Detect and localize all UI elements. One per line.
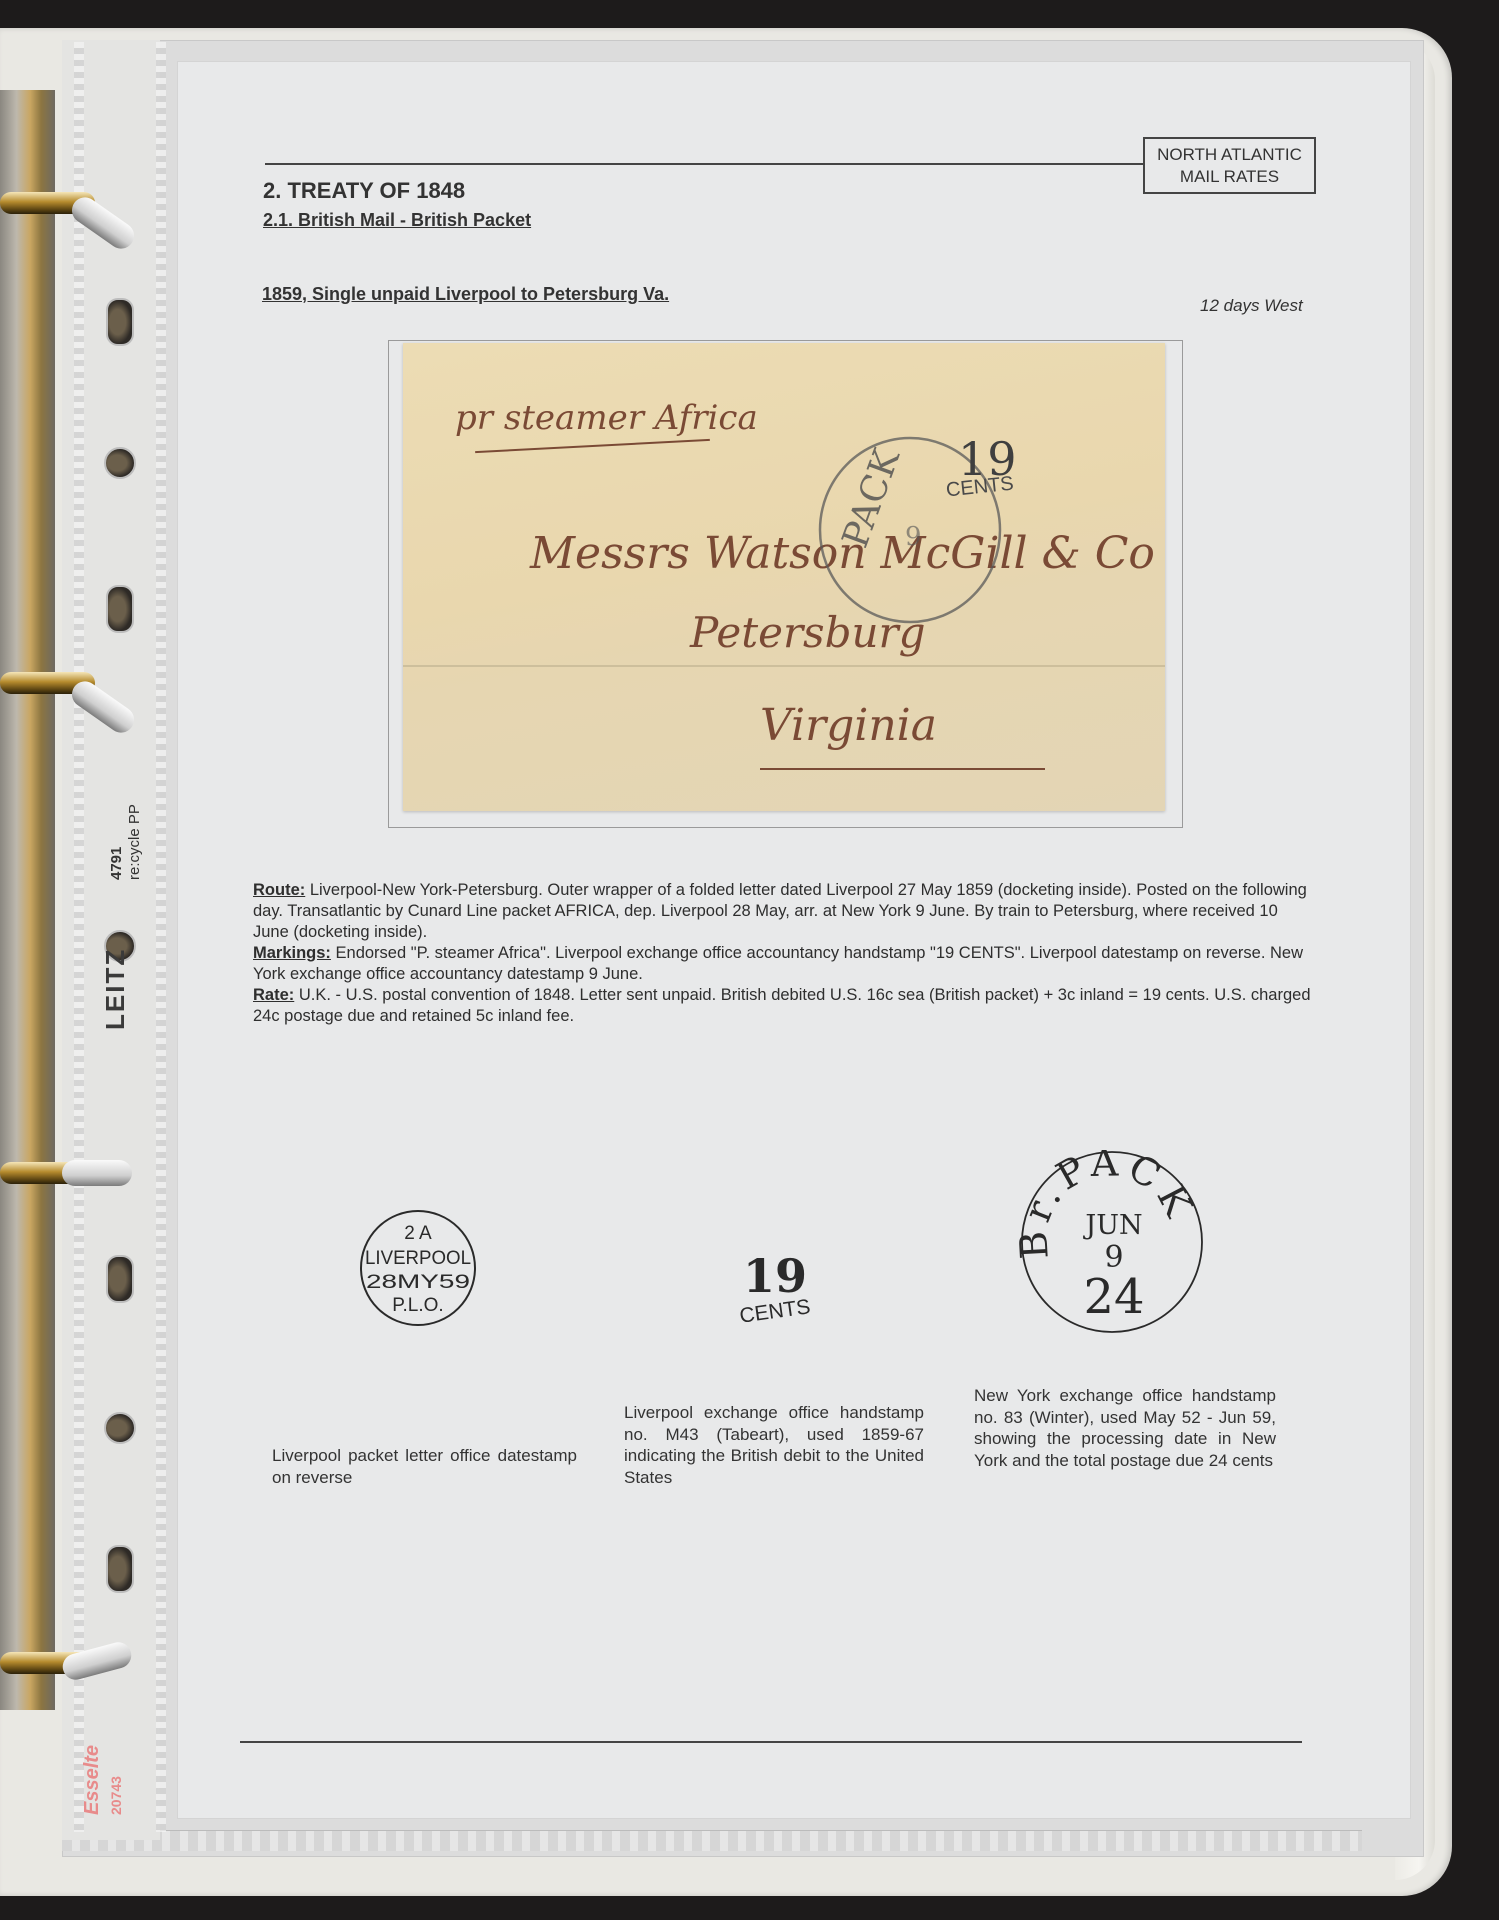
19-cents-handstamp-illustration: 19 CENTS — [720, 1250, 830, 1330]
punch-hole — [106, 1545, 134, 1593]
liverpool-plo-datestamp-illustration: 2 A LIVERPOOL 28MY59 P.L.O. — [357, 1207, 479, 1329]
state-underline — [760, 768, 1045, 770]
br-packet-postage-due: 24 — [1083, 1269, 1144, 1325]
punch-hole — [104, 447, 136, 479]
esselte-code: 20743 — [104, 1745, 128, 1815]
br-packet-datestamp-illustration: Br.PACKET JUN 9 24 — [1018, 1150, 1208, 1335]
binder-ring-tip — [62, 1160, 132, 1186]
leitz-brand-label: LEITZ — [100, 948, 131, 1030]
route-text: Liverpool-New York-Petersburg. Outer wra… — [253, 881, 1307, 941]
svg-text:9: 9 — [905, 522, 922, 552]
datestamp-packet-text: PACK — [835, 443, 909, 553]
liverpool-stamp-line-2: LIVERPOOL — [365, 1248, 471, 1269]
punch-hole — [106, 585, 134, 633]
heading-line-2: MAIL RATES — [1145, 166, 1314, 188]
sleeve-code: 4791 — [108, 804, 126, 880]
rate-label: Rate: — [253, 986, 294, 1004]
envelope-fold-line — [403, 665, 1165, 667]
state-handwriting: Virginia — [760, 700, 937, 751]
endorsement-handwriting: pr steamer Africa — [455, 398, 758, 438]
transit-time: 12 days West — [1200, 296, 1303, 316]
sleeve-material: re:cycle PP — [126, 804, 144, 880]
rate-paragraph: Rate: U.K. - U.S. postal convention of 1… — [253, 985, 1311, 1027]
sleeve-weld-seam — [74, 42, 84, 1832]
cover-title: 1859, Single unpaid Liverpool to Petersb… — [262, 284, 669, 305]
sleeve-weld-seam — [156, 42, 166, 1832]
punch-hole — [106, 298, 134, 346]
top-rule — [265, 163, 1143, 165]
esselte-brand-label: Esselte 20743 — [80, 1745, 128, 1815]
binder-spine-mechanism — [0, 90, 55, 1710]
punch-hole — [104, 1412, 136, 1444]
markings-paragraph: Markings: Endorsed "P. steamer Africa". … — [253, 943, 1311, 985]
19-cents-handstamp-caption: Liverpool exchange office handstamp no. … — [624, 1402, 924, 1488]
handstamp-number: 19 — [743, 1250, 807, 1303]
liverpool-stamp-line-4: P.L.O. — [392, 1295, 443, 1316]
markings-text: Endorsed "P. steamer Africa". Liverpool … — [253, 944, 1303, 983]
liverpool-stamp-line-3: 28MY59 — [366, 1272, 470, 1293]
br-packet-datestamp-caption: New York exchange office handstamp no. 8… — [974, 1385, 1276, 1471]
page-title: 2. TREATY OF 1848 — [263, 178, 465, 204]
route-label: Route: — [253, 881, 305, 899]
rate-text: U.K. - U.S. postal convention of 1848. L… — [253, 986, 1311, 1025]
markings-label: Markings: — [253, 944, 331, 962]
sleeve-product-code: 4791 re:cycle PP — [108, 804, 144, 880]
sleeve-stack-edge — [62, 1830, 1362, 1851]
esselte-brand: Esselte — [80, 1745, 104, 1815]
page-subtitle: 2.1. British Mail - British Packet — [263, 210, 531, 231]
liverpool-datestamp-caption: Liverpool packet letter office datestamp… — [272, 1445, 577, 1488]
br-packet-month: JUN — [1082, 1210, 1142, 1241]
heading-line-1: NORTH ATLANTIC — [1145, 144, 1314, 166]
punch-hole — [106, 1255, 134, 1303]
liverpool-stamp-line-1: 2 A — [404, 1223, 432, 1244]
bottom-rule — [240, 1741, 1302, 1743]
route-paragraph: Route: Liverpool-New York-Petersburg. Ou… — [253, 880, 1311, 943]
exhibit-heading-box: NORTH ATLANTIC MAIL RATES — [1143, 137, 1316, 194]
cover-description: Route: Liverpool-New York-Petersburg. Ou… — [253, 880, 1311, 1027]
